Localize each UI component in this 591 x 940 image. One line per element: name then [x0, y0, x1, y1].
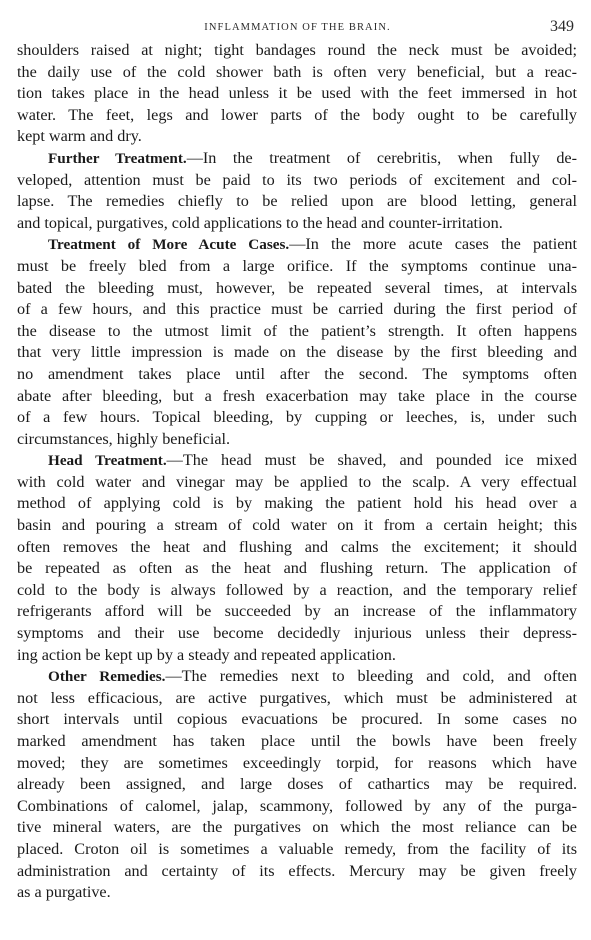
text-line: symptoms and their use become decidedly … [17, 623, 577, 645]
text-line: placed. Croton oil is sometimes a valuab… [17, 839, 577, 861]
text-line: tion takes place in the head unless it b… [17, 83, 577, 105]
text-line: tive mineral waters, are the purgatives … [17, 817, 577, 839]
text-line: abate after bleeding, but a fresh exacer… [17, 386, 577, 408]
running-title: INFLAMMATION OF THE BRAIN. [18, 22, 577, 33]
text-line: often removes the heat and flushing and … [17, 537, 577, 559]
text-line: no amendment takes place until after the… [17, 364, 577, 386]
text-line: marked amendment has taken place until t… [17, 731, 577, 753]
text-line: refrigerants afford will be succeeded by… [17, 601, 577, 623]
page-number: 349 [550, 18, 574, 36]
section-heading: Other Remedies. [48, 668, 165, 685]
text-line: ing action be kept up by a steady and re… [17, 645, 577, 667]
text-line: the daily use of the cold shower bath is… [17, 62, 577, 84]
section-heading: Further Treatment. [48, 150, 187, 167]
body-text: shoulders raised at night; tight bandage… [17, 40, 577, 904]
text-line: that very little impression is made on t… [17, 342, 577, 364]
text-line: moved; they are sometimes exceedingly to… [17, 753, 577, 775]
text-line: of a few hours, and this practice must b… [17, 299, 577, 321]
text-line: basin and pouring a stream of cold water… [17, 515, 577, 537]
text-line: with cold water and vinegar may be appli… [17, 472, 577, 494]
text-line: cold to the body is always followed by a… [17, 580, 577, 602]
section-heading: Head Treatment. [48, 452, 167, 469]
text-line: administration and certainty of its effe… [17, 861, 577, 883]
paragraph-other-remedies: Other Remedies.—The remedies next to ble… [17, 666, 577, 904]
text-line: kept warm and dry. [17, 126, 577, 148]
paragraph-acute-cases: Treatment of More Acute Cases.—In the mo… [17, 234, 577, 450]
section-heading: Treatment of More Acute Cases. [48, 236, 289, 253]
text-line: and topical, purgatives, cold applicatio… [17, 213, 577, 235]
text-line: of a few hours. Topical bleeding, by cup… [17, 407, 577, 429]
book-page: INFLAMMATION OF THE BRAIN. 349 shoulders… [0, 0, 591, 940]
text-line: must be freely bled from a large orifice… [17, 256, 577, 278]
text-line: already been assigned, and large doses o… [17, 774, 577, 796]
text-line: the disease to the utmost limit of the p… [17, 321, 577, 343]
running-head: INFLAMMATION OF THE BRAIN. 349 [18, 18, 577, 38]
text-line: veloped, attention must be paid to its t… [17, 170, 577, 192]
text-line: lapse. The remedies chiefly to be relied… [17, 191, 577, 213]
text-line: not less efficacious, are active purgati… [17, 688, 577, 710]
text-line: method of applying cold is by making the… [17, 493, 577, 515]
text-line: shoulders raised at night; tight bandage… [17, 40, 577, 62]
text-line: circumstances, highly beneficial. [17, 429, 577, 451]
text-line: water. The feet, legs and lower parts of… [17, 105, 577, 127]
text-line: bated the bleeding must, however, be rep… [17, 278, 577, 300]
text-line: Further Treatment.—In the treatment of c… [17, 148, 577, 170]
paragraph-head-treatment: Head Treatment.—The head must be shaved,… [17, 450, 577, 666]
text-line: Head Treatment.—The head must be shaved,… [17, 450, 577, 472]
text-line: Other Remedies.—The remedies next to ble… [17, 666, 577, 688]
text-line: Treatment of More Acute Cases.—In the mo… [17, 234, 577, 256]
text-line: short intervals until copious evacuation… [17, 709, 577, 731]
text-line: Combinations of calomel, jalap, scammony… [17, 796, 577, 818]
text-line: be repeated as often as the heat and flu… [17, 558, 577, 580]
text-line: as a purgative. [17, 882, 577, 904]
paragraph-continuation: shoulders raised at night; tight bandage… [17, 40, 577, 148]
paragraph-further-treatment: Further Treatment.—In the treatment of c… [17, 148, 577, 234]
